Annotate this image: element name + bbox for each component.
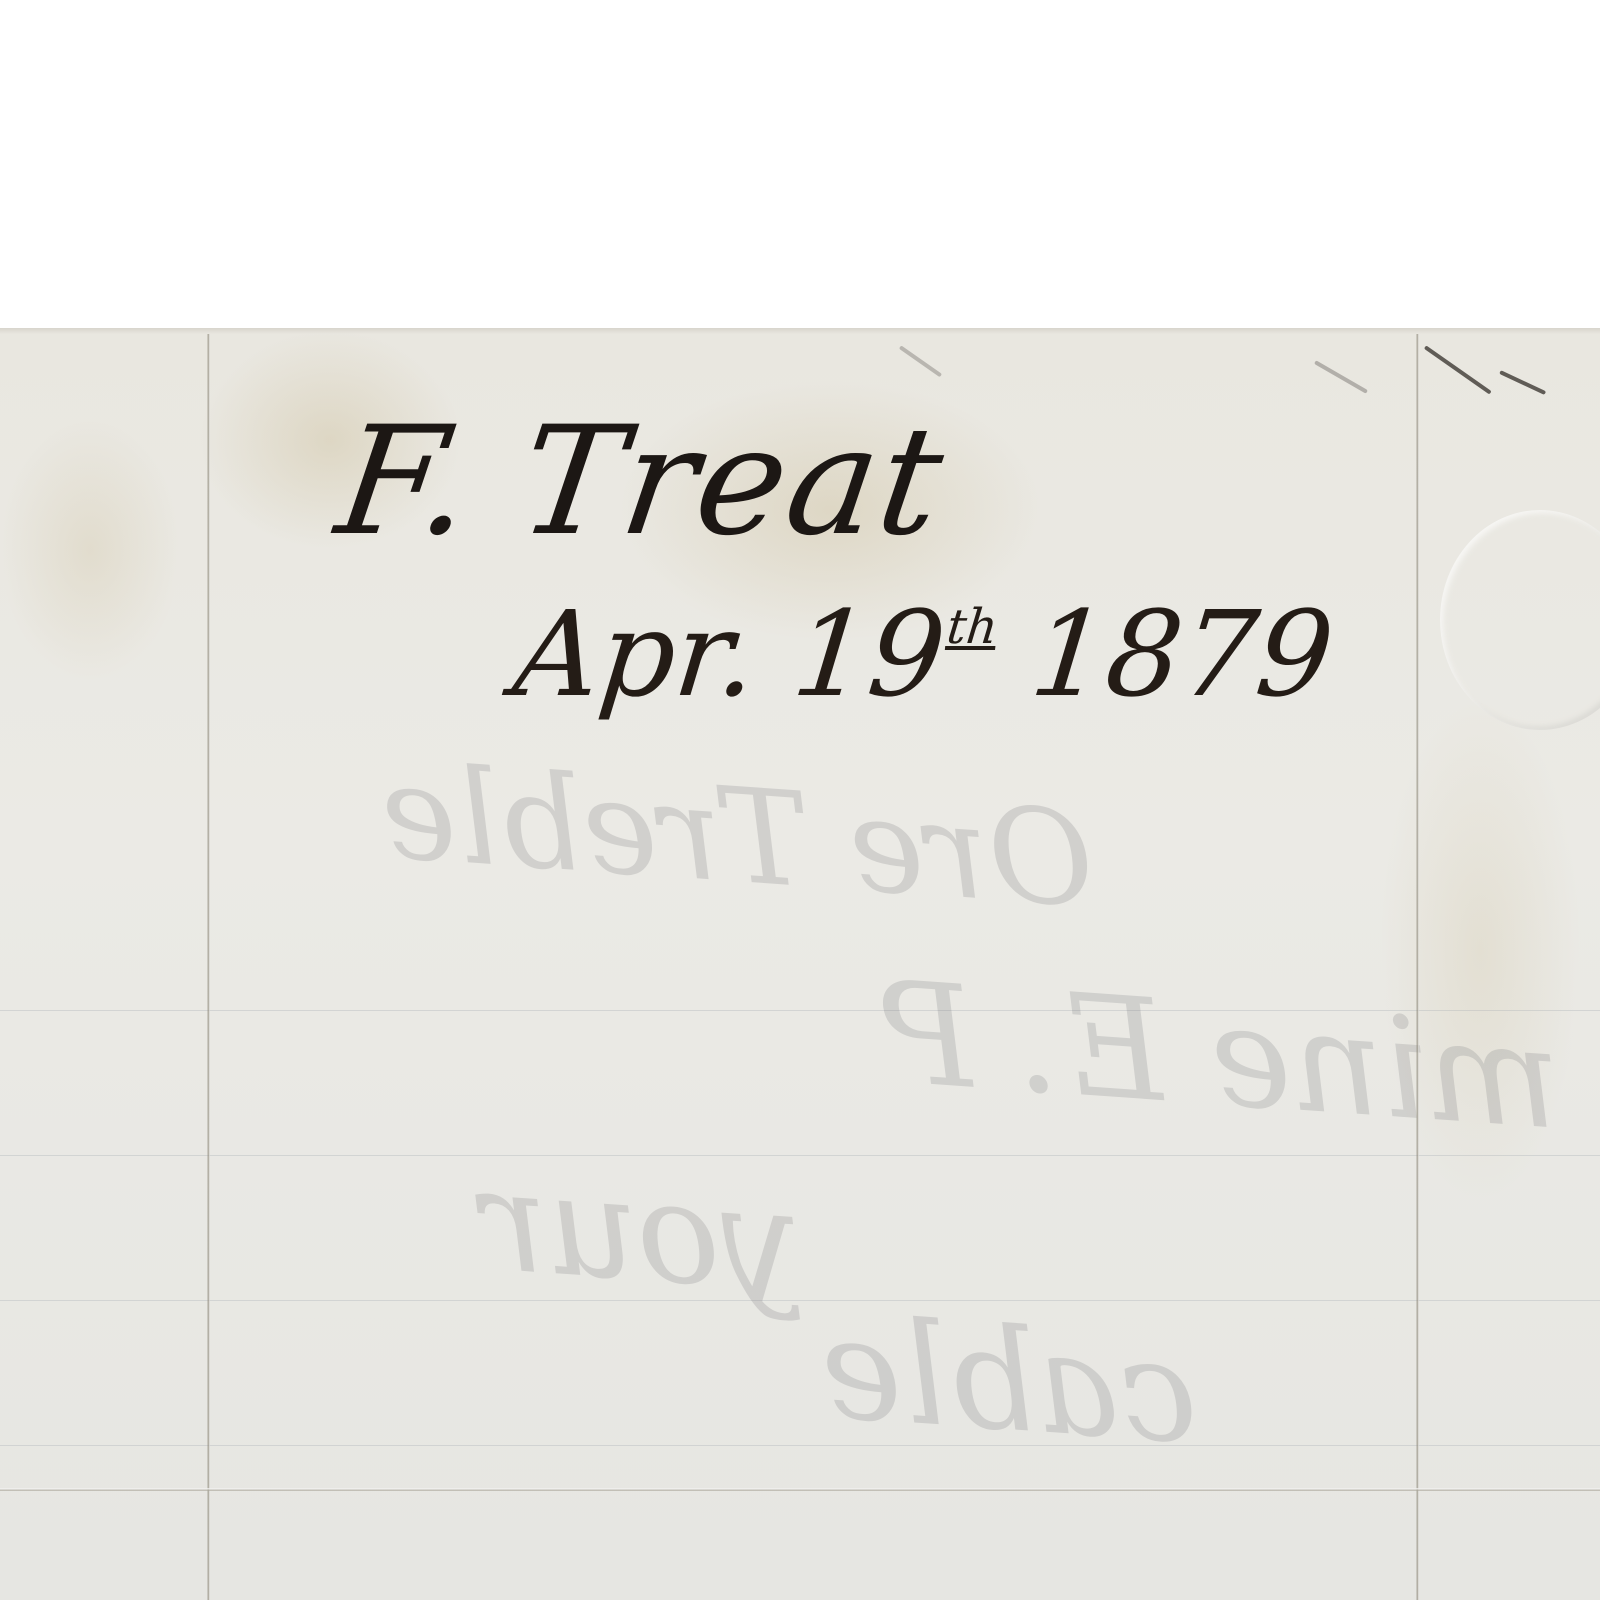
- ruled-line: [0, 1010, 1600, 1011]
- date-month: Apr.: [508, 585, 764, 723]
- fold-crease: [207, 334, 210, 1600]
- ruled-line: [0, 1300, 1600, 1301]
- date-year: 1879: [1025, 585, 1340, 723]
- fold-crease: [0, 1488, 1600, 1491]
- age-stain: [0, 420, 180, 680]
- signature: F. Treat: [328, 395, 955, 569]
- fold-crease: [1416, 334, 1419, 1600]
- ruled-line: [0, 1155, 1600, 1156]
- date-day: 19: [787, 585, 952, 723]
- age-stain: [1380, 700, 1580, 1200]
- date-ordinal: th: [944, 599, 1000, 655]
- date-line: Apr. 19th 1879: [508, 585, 1340, 723]
- paper-edge: [0, 328, 1600, 334]
- ruled-line: [0, 1445, 1600, 1446]
